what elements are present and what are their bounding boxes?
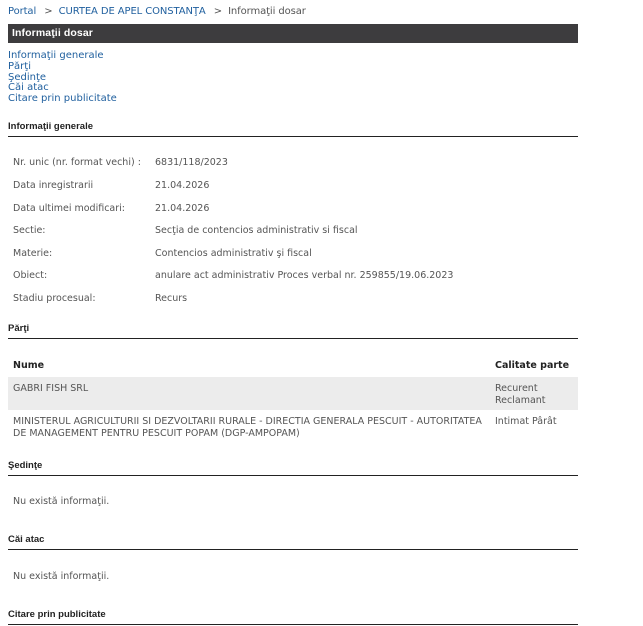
party-role: Recurent Reclamant — [495, 383, 546, 406]
column-header-nume: Nume — [13, 360, 44, 371]
section-heading-citare: Citare prin publicitate — [8, 609, 578, 625]
breadcrumb-current: Informaţii dosar — [228, 6, 306, 17]
section-nav: Informaţii generale Părţi Şedinţe Căi at… — [8, 51, 117, 105]
party-role: Intimat Pârât — [495, 416, 557, 428]
nav-link-parti[interactable]: Părţi — [8, 62, 117, 73]
column-header-calitate: Calitate parte — [495, 360, 569, 371]
field-label: Materie: — [13, 248, 52, 259]
breadcrumb-separator: > — [214, 6, 222, 17]
field-label: Nr. unic (nr. format vechi) : — [13, 157, 141, 168]
parties-table: Nume Calitate parte GABRI FISH SRL Recur… — [8, 355, 578, 444]
field-label: Stadiu procesual: — [13, 293, 96, 304]
breadcrumb: Portal > CURTEA DE APEL CONSTANŢA > Info… — [8, 6, 306, 17]
field-value: Recurs — [155, 293, 187, 304]
party-name: GABRI FISH SRL — [13, 383, 483, 395]
breadcrumb-separator: > — [44, 6, 52, 17]
field-value: 6831/118/2023 — [155, 157, 228, 168]
table-row: MINISTERUL AGRICULTURII SI DEZVOLTARII R… — [8, 410, 578, 444]
field-value: Contencios administrativ şi fiscal — [155, 248, 312, 259]
section-heading-sedinte: Şedinţe — [8, 460, 578, 476]
field-label: Obiect: — [13, 270, 47, 281]
field-label: Data ultimei modificari: — [13, 203, 125, 214]
section-heading-parti: Părţi — [8, 323, 578, 339]
section-heading-informatii-generale: Informaţii generale — [8, 121, 578, 137]
field-label: Sectie: — [13, 225, 46, 236]
breadcrumb-court-link[interactable]: CURTEA DE APEL CONSTANŢA — [59, 6, 206, 17]
table-row: GABRI FISH SRL Recurent Reclamant — [8, 377, 578, 410]
party-name: MINISTERUL AGRICULTURII SI DEZVOLTARII R… — [13, 416, 483, 439]
parties-table-header: Nume Calitate parte — [8, 355, 578, 377]
field-value: 21.04.2026 — [155, 180, 209, 191]
field-value: anulare act administrativ Proces verbal … — [155, 270, 453, 281]
sedinte-empty-message: Nu există informaţii. — [13, 496, 109, 507]
breadcrumb-portal-link[interactable]: Portal — [8, 6, 36, 17]
cai-atac-empty-message: Nu există informaţii. — [13, 571, 109, 582]
field-label: Data inregistrarii — [13, 180, 93, 191]
section-heading-cai-atac: Căi atac — [8, 534, 578, 550]
page-title: Informaţii dosar — [8, 24, 578, 43]
field-value: Secţia de contencios administrativ si fi… — [155, 225, 358, 236]
field-value: 21.04.2026 — [155, 203, 209, 214]
nav-link-citare[interactable]: Citare prin publicitate — [8, 94, 117, 105]
